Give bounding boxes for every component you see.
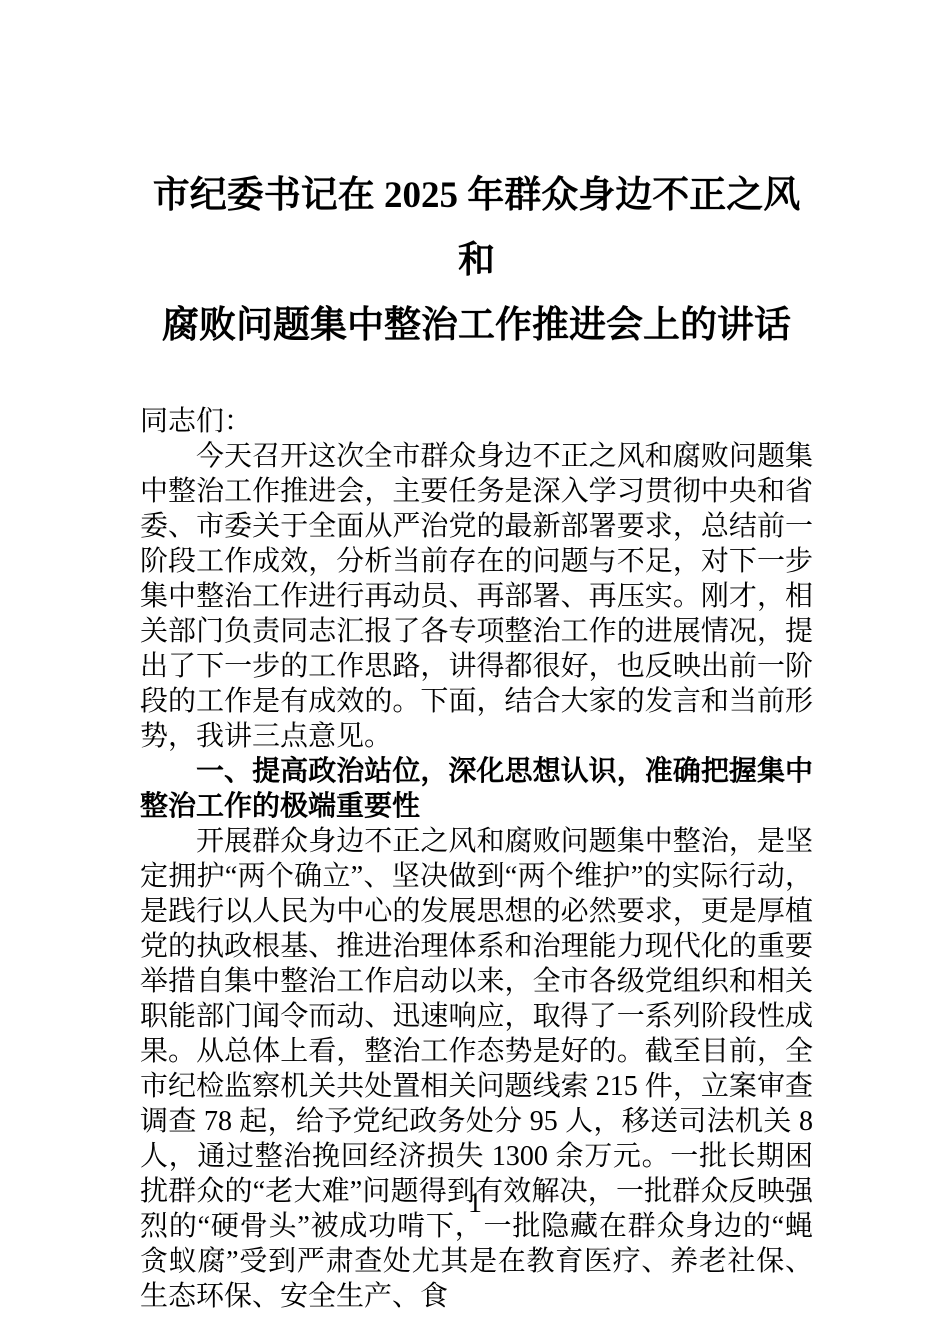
- section-heading-1: 一、提高政治站位，深化思想认识，准确把握集中整治工作的极端重要性: [140, 754, 813, 824]
- document-title-line-2: 腐败问题集中整治工作推进会上的讲话: [140, 293, 813, 358]
- page-number: 1: [0, 1186, 950, 1221]
- salutation: 同志们：: [140, 404, 813, 439]
- paragraph-section-1: 开展群众身边不正之风和腐败问题集中整治，是坚定拥护“两个确立”、坚决做到“两个维…: [140, 824, 813, 1314]
- document-page: 市纪委书记在 2025 年群众身边不正之风和 腐败问题集中整治工作推进会上的讲话…: [0, 0, 950, 1344]
- document-title: 市纪委书记在 2025 年群众身边不正之风和 腐败问题集中整治工作推进会上的讲话: [140, 163, 813, 358]
- document-body: 同志们： 今天召开这次全市群众身边不正之风和腐败问题集中整治工作推进会，主要任务…: [140, 404, 813, 1314]
- paragraph-opening: 今天召开这次全市群众身边不正之风和腐败问题集中整治工作推进会，主要任务是深入学习…: [140, 439, 813, 754]
- document-title-line-1: 市纪委书记在 2025 年群众身边不正之风和: [140, 163, 813, 293]
